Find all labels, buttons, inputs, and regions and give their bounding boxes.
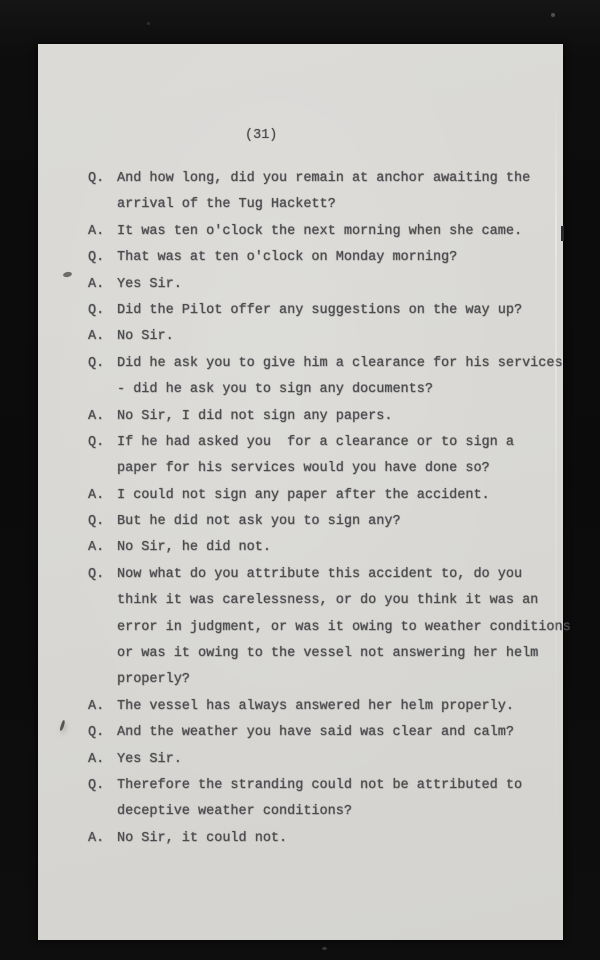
line-text: arrival of the Tug Hackett? <box>117 197 336 212</box>
scan-speck <box>551 13 555 17</box>
speaker-label: A. <box>88 747 117 773</box>
transcript-line: A.The vessel has always answered her hel… <box>88 694 558 720</box>
transcript-line: Q.Now what do you attribute this acciden… <box>88 562 558 588</box>
line-text: And the weather you have said was clear … <box>117 725 514 740</box>
line-text: No Sir. <box>117 329 174 344</box>
transcript-line: Q.Did the Pilot offer any suggestions on… <box>88 298 558 324</box>
line-text: I could not sign any paper after the acc… <box>117 488 490 503</box>
transcript-line: error in judgment, or was it owing to we… <box>88 615 558 641</box>
transcript-line: A.No Sir. <box>88 324 558 350</box>
speaker-label: A. <box>88 272 117 298</box>
transcript-line: A.Yes Sir. <box>88 272 558 298</box>
line-text: think it was carelessness, or do you thi… <box>117 593 538 608</box>
transcript-line: A.No Sir, it could not. <box>88 826 558 852</box>
ink-smudge <box>63 271 73 278</box>
scan-speck <box>147 22 150 25</box>
line-text: Yes Sir. <box>117 752 182 767</box>
transcript-line: A.It was ten o'clock the next morning wh… <box>88 219 558 245</box>
edge-mark <box>561 226 564 241</box>
speaker-label: A. <box>88 826 117 852</box>
line-text: Did he ask you to give him a clearance f… <box>117 356 563 371</box>
speaker-label: A. <box>88 483 117 509</box>
speaker-label: Q. <box>88 298 117 324</box>
transcript-line: Q.And how long, did you remain at anchor… <box>88 166 558 192</box>
line-text: Now what do you attribute this accident … <box>117 567 522 582</box>
line-text: If he had asked you for a clearance or t… <box>117 435 514 450</box>
transcript-line: arrival of the Tug Hackett? <box>88 192 558 218</box>
speaker-label: Q. <box>88 773 117 799</box>
speaker-label: Q. <box>88 166 117 192</box>
line-text: Therefore the stranding could not be att… <box>117 778 522 793</box>
transcript-line: A.No Sir, I did not sign any papers. <box>88 404 558 430</box>
transcript-line: A.I could not sign any paper after the a… <box>88 483 558 509</box>
line-text: Did the Pilot offer any suggestions on t… <box>117 303 522 318</box>
line-text: paper for his services would you have do… <box>117 461 490 476</box>
transcript-line: paper for his services would you have do… <box>88 456 558 482</box>
speaker-label: A. <box>88 324 117 350</box>
line-text: It was ten o'clock the next morning when… <box>117 224 522 239</box>
line-text: properly? <box>117 672 190 687</box>
line-text: Yes Sir. <box>117 277 182 292</box>
ink-smudge <box>59 720 65 731</box>
scan-speck <box>322 947 327 950</box>
transcript-line: - did he ask you to sign any documents? <box>88 377 558 403</box>
transcript-line: Q.If he had asked you for a clearance or… <box>88 430 558 456</box>
paper-crease <box>555 44 557 940</box>
speaker-label: A. <box>88 535 117 561</box>
transcript-line: A.Yes Sir. <box>88 747 558 773</box>
line-text: or was it owing to the vessel not answer… <box>117 646 538 661</box>
speaker-label: Q. <box>88 351 117 377</box>
transcript-line: Q.That was at ten o'clock on Monday morn… <box>88 245 558 271</box>
line-text: - did he ask you to sign any documents? <box>117 382 433 397</box>
transcript-line: Q.And the weather you have said was clea… <box>88 720 558 746</box>
speaker-label: A. <box>88 404 117 430</box>
line-text: That was at ten o'clock on Monday mornin… <box>117 250 457 265</box>
scan-background: (31) Q.And how long, did you remain at a… <box>0 0 600 960</box>
transcript-line: Q.But he did not ask you to sign any? <box>88 509 558 535</box>
speaker-label: Q. <box>88 720 117 746</box>
transcript-line: think it was carelessness, or do you thi… <box>88 588 558 614</box>
line-text: No Sir, I did not sign any papers. <box>117 409 392 424</box>
speaker-label: Q. <box>88 430 117 456</box>
line-text: deceptive weather conditions? <box>117 804 352 819</box>
speaker-label: Q. <box>88 562 117 588</box>
speaker-label: A. <box>88 219 117 245</box>
line-text: error in judgment, or was it owing to we… <box>117 620 571 635</box>
line-text: No Sir, he did not. <box>117 540 271 555</box>
speaker-label: Q. <box>88 509 117 535</box>
transcript-line: properly? <box>88 667 558 693</box>
page-number: (31) <box>245 128 277 143</box>
transcript-line: Q.Did he ask you to give him a clearance… <box>88 351 558 377</box>
transcript-line: Q.Therefore the stranding could not be a… <box>88 773 558 799</box>
transcript-line: or was it owing to the vessel not answer… <box>88 641 558 667</box>
line-text: But he did not ask you to sign any? <box>117 514 401 529</box>
speaker-label: A. <box>88 694 117 720</box>
line-text: No Sir, it could not. <box>117 831 287 846</box>
transcript-line: deceptive weather conditions? <box>88 799 558 825</box>
transcript-line: A.No Sir, he did not. <box>88 535 558 561</box>
transcript: Q.And how long, did you remain at anchor… <box>88 166 558 852</box>
speaker-label: Q. <box>88 245 117 271</box>
line-text: And how long, did you remain at anchor a… <box>117 171 530 186</box>
document-page: (31) Q.And how long, did you remain at a… <box>38 44 563 940</box>
line-text: The vessel has always answered her helm … <box>117 699 514 714</box>
